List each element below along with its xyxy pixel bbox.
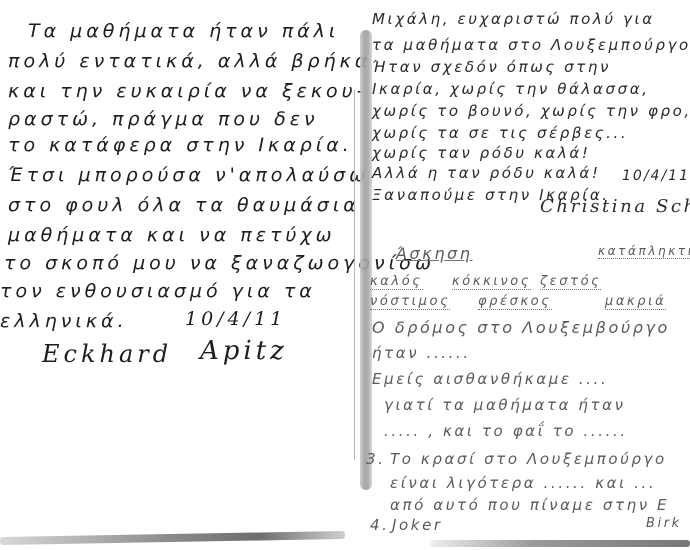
left-line-6: Έτσι μπορούσα ν'απολαύσω (8, 164, 369, 186)
signature-last-name: Apitz (200, 336, 288, 366)
left-line-7: στο φουλ όλα τα θαυμάσια (8, 194, 360, 216)
left-line-10: τον ενθουσιασμό για τα (0, 280, 316, 302)
left-line-5: το κατάφερα στην Ικαρία. (8, 134, 353, 156)
left-date: 10/4/11 (185, 308, 286, 330)
left-line-3: και την ευκαιρία να ξεκου- (8, 80, 368, 102)
word-makria: μακριά (605, 294, 666, 310)
right-date: 10/4/11 (622, 168, 690, 184)
exercise-hint: κατάπληκτικ (598, 244, 690, 259)
letter-line-3: Ήταν σχεδόν όπως στην (372, 58, 611, 76)
left-line-11: ελληνικά. (0, 310, 128, 332)
word-nostimos: νόστιμος (370, 294, 450, 310)
left-line-1: Τα μαθήματα ήταν πάλι (28, 20, 339, 42)
letter-line-8: Αλλά η ταν ρόδυ καλά! (372, 164, 600, 182)
exercise-item-3-line-2: είναι λιγότερα ...... και ... (390, 474, 656, 492)
word-zestos: ζεστός (540, 274, 601, 290)
word-kalos: καλός (370, 274, 423, 290)
scanned-document: Τα μαθήματα ήταν πάλι πολύ εντατικά, αλλ… (0, 0, 690, 550)
left-line-2: πολύ εντατικά, αλλά βρήκα (8, 50, 371, 72)
exercise-item-2-line-2: γιατί τα μαθήματα ήταν (384, 396, 626, 414)
exercise-item-4-text: Joker (392, 516, 443, 534)
left-line-8: μαθήματα και να πετύχω (8, 224, 336, 246)
letter-line-2: τα μαθήματα στο Λουξεμπούργο (372, 36, 690, 54)
left-line-4: ραστώ, πράγμα που δεν (8, 108, 319, 130)
letter-line-7: χωρίς ταν ρόδυ καλά! (372, 144, 591, 162)
exercise-item-3-line-1: Το κρασί στο Λουξεμπούργο (390, 450, 667, 468)
exercise-title: Άσκηση (396, 244, 473, 263)
letter-line-4: Ικαρία, χωρίς την θάλασσα, (372, 80, 650, 98)
scan-edge-shadow-right (430, 540, 690, 547)
scan-edge-shadow-left (0, 531, 345, 545)
exercise-item-4-signature: Birk (646, 516, 682, 531)
letter-line-5: χωρίς το βουνό, χωρίς την φρο, (372, 102, 690, 120)
signature-first-name: Eckhard (42, 340, 172, 368)
word-freskos: φρέσκος (478, 294, 552, 310)
exercise-item-3-number: 3. (366, 450, 386, 468)
page-gutter-shadow (360, 30, 372, 490)
exercise-item-2-line-3: ..... , και το φαΐ το ...... (384, 422, 628, 440)
letter-line-1: Μιχάλη, ευχαριστώ πολύ για (372, 10, 655, 28)
right-signature: Christina Schaefe (540, 196, 690, 217)
letter-line-6: χωρίς τα σε τις σέρβες... (372, 124, 628, 142)
exercise-item-1-line-1: Ο δρόμος στο Λουξεμβούργο (372, 318, 670, 337)
page-fold-line (354, 90, 355, 460)
exercise-item-4-number: 4. (370, 516, 390, 534)
exercise-item-3-line-3: από αυτό που πίναμε στην Ε (390, 496, 669, 514)
word-kokkinos: κόκκινος (452, 274, 531, 290)
exercise-item-1-line-2: ήταν ...... (372, 344, 471, 362)
exercise-item-2-line-1: Εμείς αισθανθήκαμε .... (372, 370, 608, 388)
